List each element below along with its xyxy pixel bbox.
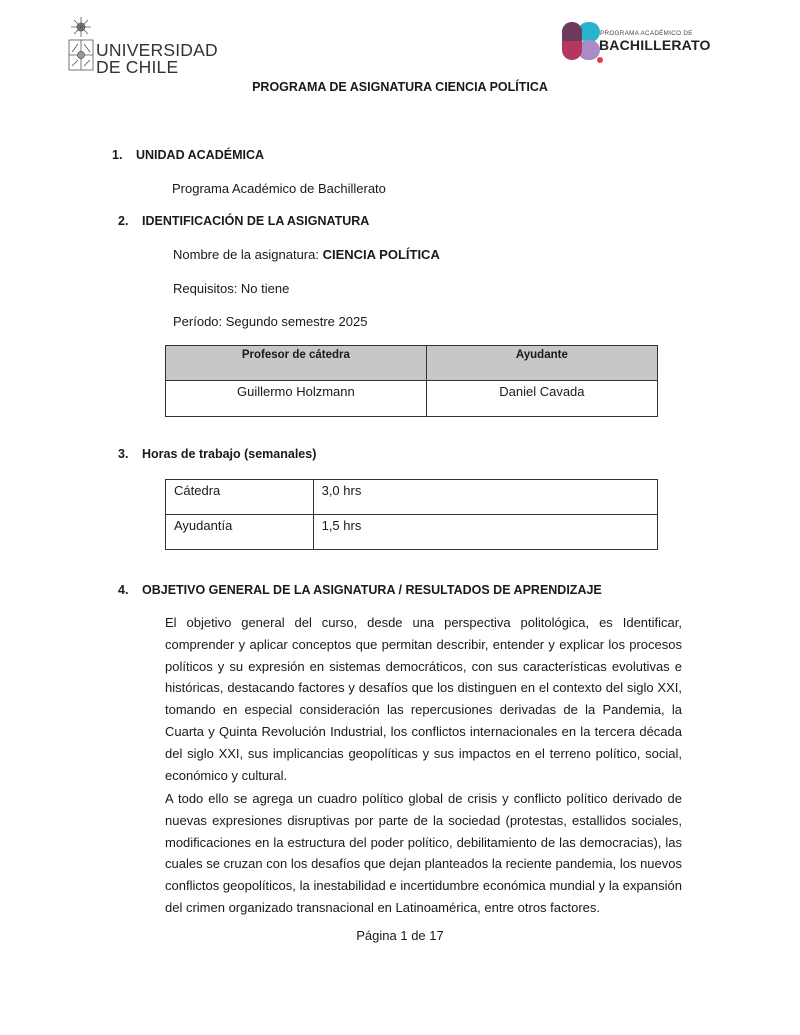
objective-paragraph-1: El objetivo general del curso, desde una…	[165, 612, 682, 786]
table-header-cell: Ayudante	[426, 346, 657, 381]
objective-paragraph-2: A todo ello se agrega un cuadro político…	[165, 788, 682, 919]
table-cell: Guillermo Holzmann	[166, 381, 427, 417]
section-1-heading: 1.UNIDAD ACADÉMICA	[112, 148, 264, 162]
field-label: Período:	[173, 314, 226, 329]
table-header-cell: Profesor de cátedra	[166, 346, 427, 381]
universidad-de-chile-logo: UNIVERSIDAD DE CHILE	[66, 16, 206, 76]
bachillerato-logo: PROGRAMA ACADÉMICO DE BACHILLERATO	[560, 20, 740, 66]
field-label: Requisitos:	[173, 281, 241, 296]
table-row: Ayudantía 1,5 hrs	[166, 515, 658, 550]
field-value: CIENCIA POLÍTICA	[323, 247, 440, 262]
bachillerato-b-logo-icon	[560, 20, 604, 64]
field-label: Nombre de la asignatura:	[173, 247, 323, 262]
table-cell: 1,5 hrs	[313, 515, 657, 550]
university-name-line2: DE CHILE	[96, 59, 218, 76]
table-cell: Ayudantía	[166, 515, 314, 550]
section-number: 2.	[118, 214, 142, 228]
university-name: UNIVERSIDAD DE CHILE	[96, 42, 218, 76]
paragraph-text: El objetivo general del curso, desde una…	[165, 612, 682, 786]
hours-table: Cátedra 3,0 hrs Ayudantía 1,5 hrs	[165, 479, 658, 550]
paragraph-text: A todo ello se agrega un cuadro político…	[165, 788, 682, 919]
field-value: Segundo semestre 2025	[226, 314, 368, 329]
table-row: Guillermo Holzmann Daniel Cavada	[166, 381, 658, 417]
section-title: Horas de trabajo (semanales)	[142, 447, 316, 461]
page-number: Página 1 de 17	[0, 928, 800, 943]
field-course-name: Nombre de la asignatura: CIENCIA POLÍTIC…	[173, 247, 440, 262]
table-cell: Cátedra	[166, 480, 314, 515]
section-2-heading: 2.IDENTIFICACIÓN DE LA ASIGNATURA	[118, 214, 369, 228]
staff-table: Profesor de cátedra Ayudante Guillermo H…	[165, 345, 658, 417]
field-requirements: Requisitos: No tiene	[173, 281, 289, 296]
section-number: 1.	[112, 148, 136, 162]
table-cell: 3,0 hrs	[313, 480, 657, 515]
table-cell: Daniel Cavada	[426, 381, 657, 417]
table-row: Cátedra 3,0 hrs	[166, 480, 658, 515]
bachillerato-subtitle: PROGRAMA ACADÉMICO DE	[600, 30, 693, 37]
section-4-heading: 4.OBJETIVO GENERAL DE LA ASIGNATURA / RE…	[118, 583, 602, 597]
section-number: 3.	[118, 447, 142, 461]
section-title: UNIDAD ACADÉMICA	[136, 148, 264, 162]
university-crest-icon	[66, 16, 96, 74]
section-3-heading: 3.Horas de trabajo (semanales)	[118, 447, 316, 461]
section-title: OBJETIVO GENERAL DE LA ASIGNATURA / RESU…	[142, 583, 602, 597]
academic-unit-value: Programa Académico de Bachillerato	[172, 181, 386, 196]
bachillerato-title: BACHILLERATO	[599, 37, 711, 53]
document-title: PROGRAMA DE ASIGNATURA CIENCIA POLÍTICA	[0, 80, 800, 94]
field-value: No tiene	[241, 281, 289, 296]
section-title: IDENTIFICACIÓN DE LA ASIGNATURA	[142, 214, 369, 228]
section-number: 4.	[118, 583, 142, 597]
table-header-row: Profesor de cátedra Ayudante	[166, 346, 658, 381]
field-period: Período: Segundo semestre 2025	[173, 314, 367, 329]
